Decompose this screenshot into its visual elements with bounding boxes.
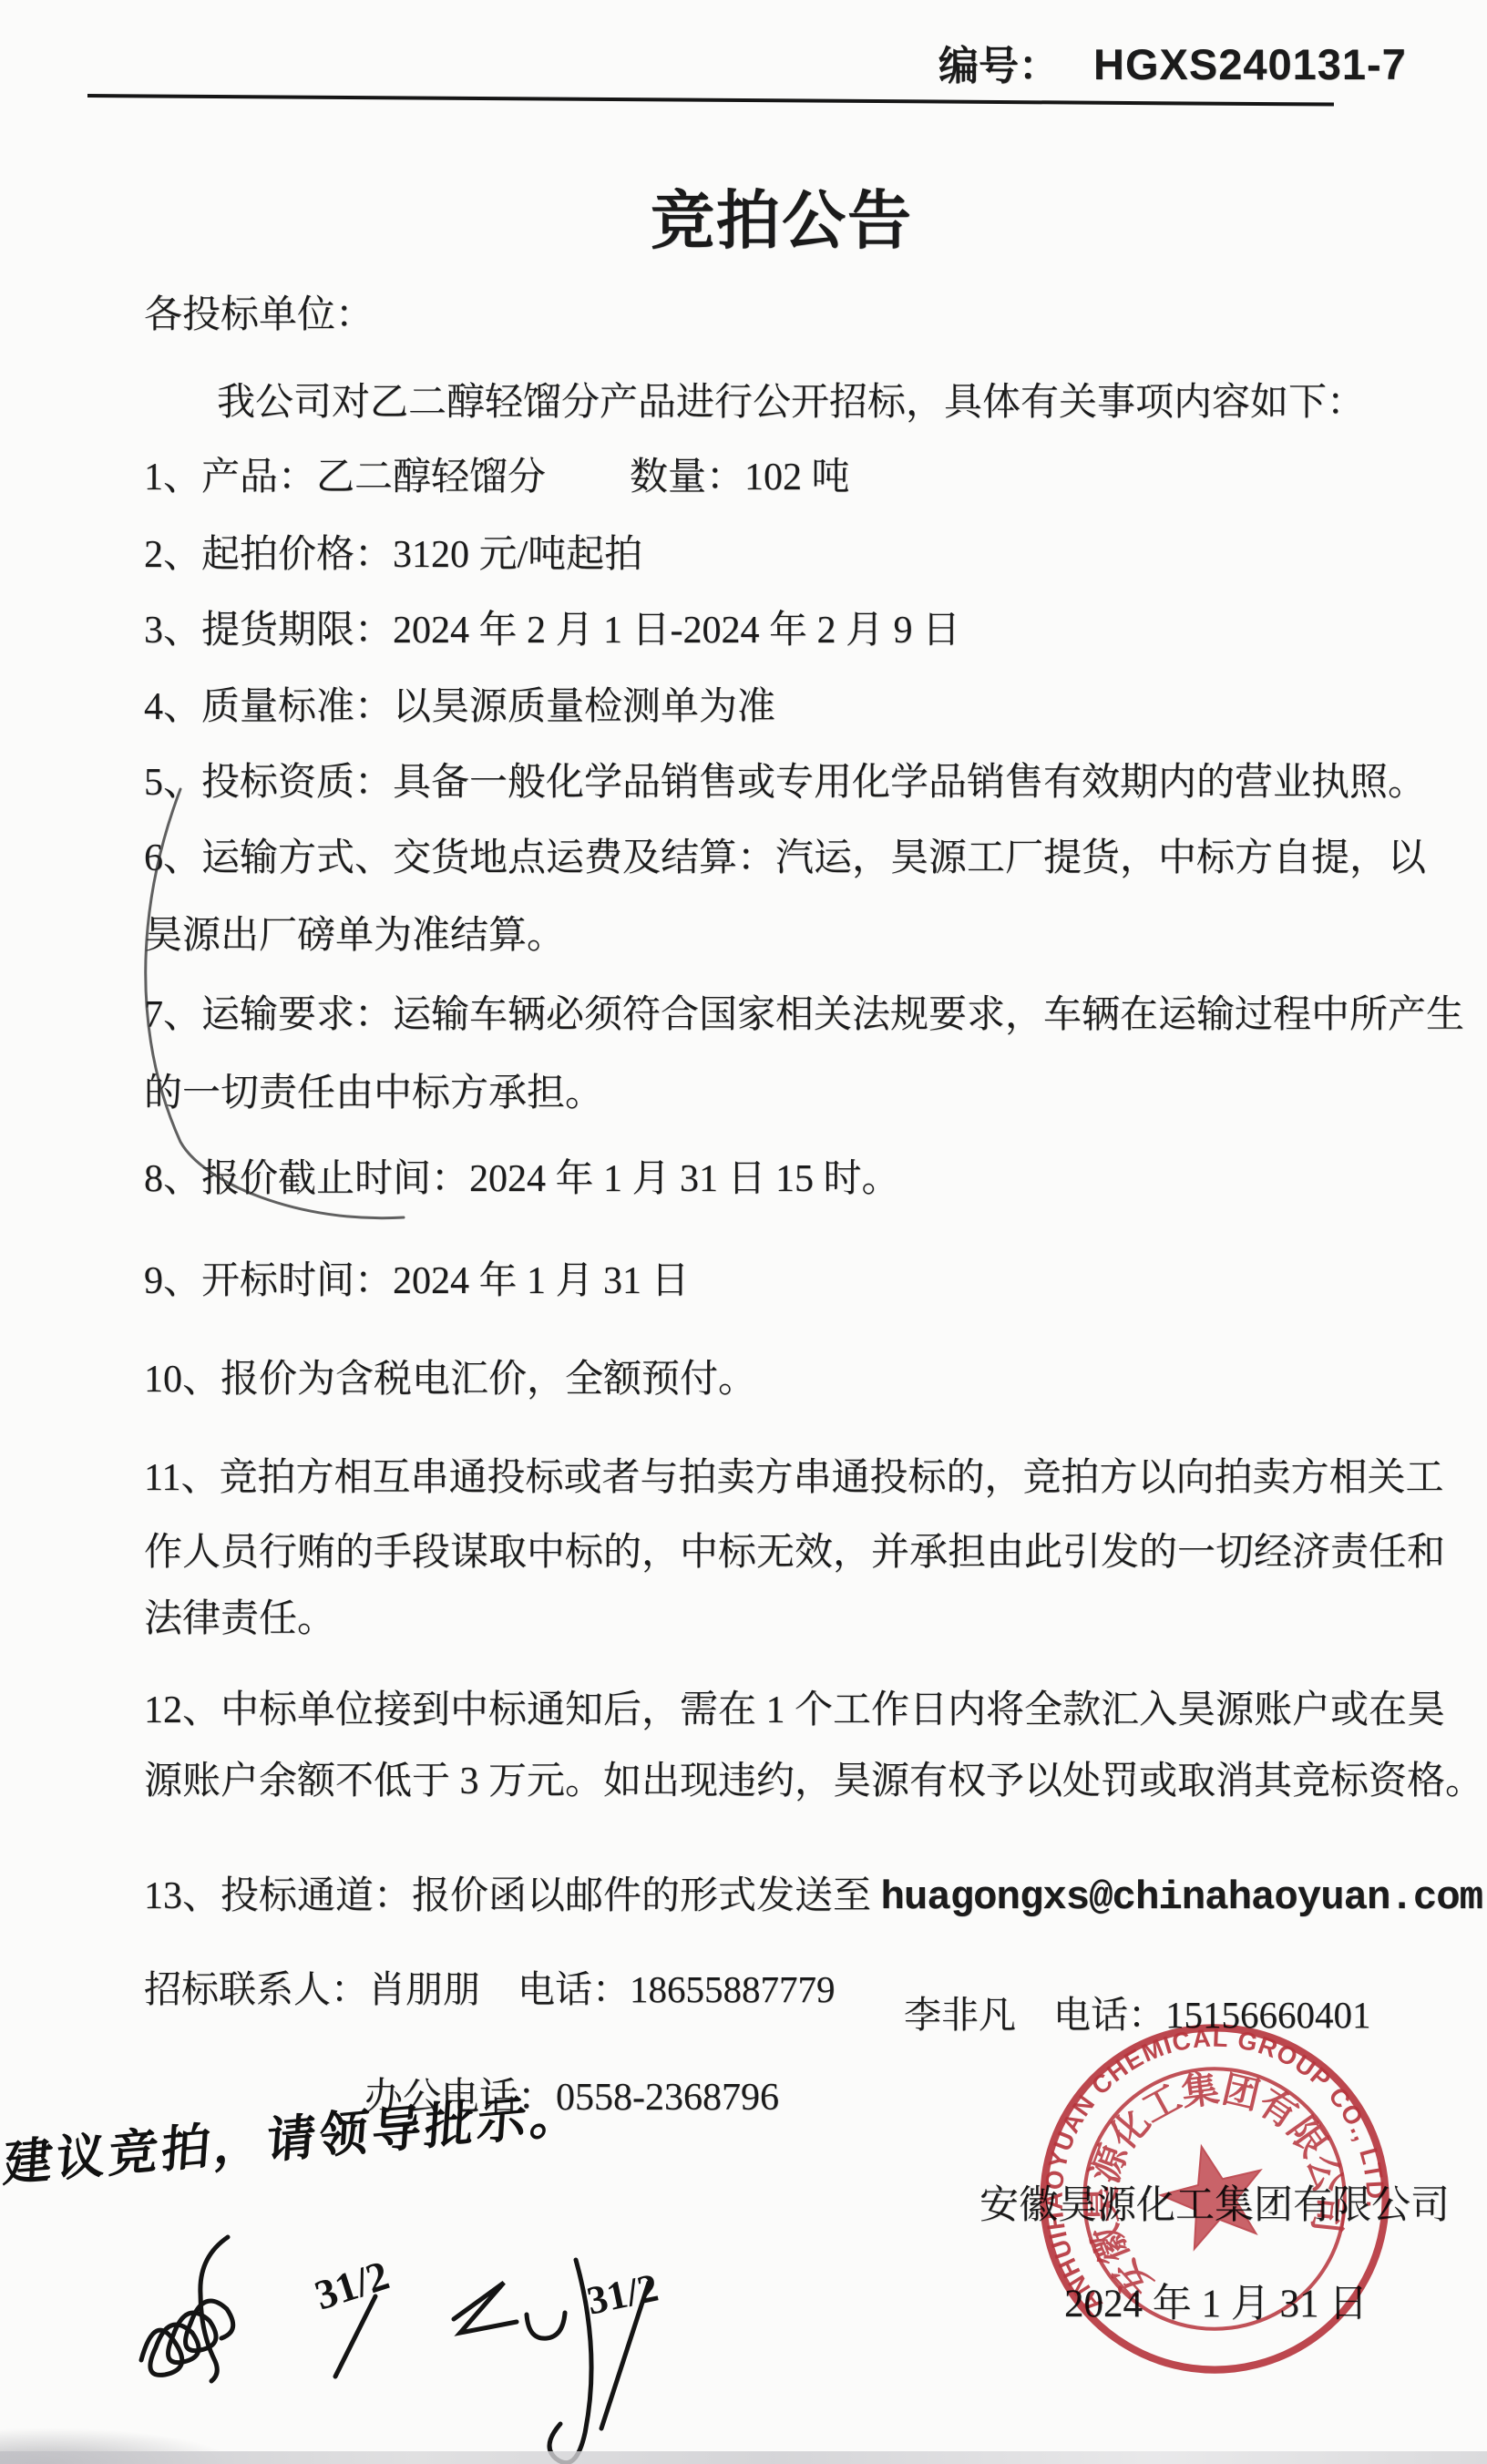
signature-2-u-stroke xyxy=(527,2313,565,2338)
item-9-opening-time: 9、开标时间：2024 年 1 月 31 日 xyxy=(144,1259,690,1303)
item-13-text: 13、投标通道：报价函以邮件的形式发送至 xyxy=(144,1875,881,1917)
seal-star-icon xyxy=(1152,2134,1275,2254)
item-1-quantity: 数量：102 吨 xyxy=(630,457,850,498)
item-1-product: 1、产品：乙二醇轻馏分数量：102 吨 xyxy=(144,456,850,499)
signature-2-date: 31/2 xyxy=(583,2265,662,2324)
handwritten-signatures: 31/2 31/2 xyxy=(0,2187,747,2464)
item-11-collusion-line-3: 法律责任。 xyxy=(144,1597,335,1641)
item-11-collusion-line-2: 作人员行贿的手段谋取中标的，中标无效，并承担由此引发的一切经济责任和 xyxy=(144,1531,1445,1575)
item-12-payment-line-2: 源账户余额不低于 3 万元。如出现违约，昊源有权予以处罚或取消其竞标资格。 xyxy=(144,1760,1483,1803)
pen-stroke-mark xyxy=(117,773,426,1237)
signature-1-date: 31/2 xyxy=(309,2252,395,2319)
contact-primary: 招标联系人：肖朋朋 电话：18655887779 xyxy=(144,1968,836,2011)
doc-number-value: HGXS240131-7 xyxy=(1093,40,1407,88)
intro-paragraph: 我公司对乙二醇轻馏分产品进行公开招标，具体有关事项内容如下： xyxy=(217,381,1365,425)
signature-2-z-stroke xyxy=(454,2283,517,2333)
salutation: 各投标单位： xyxy=(144,293,374,337)
item-10-price-terms: 10、报价为含税电汇价，全额预付。 xyxy=(144,1358,756,1401)
handwritten-note: 建议竞拍，请领导批示。 xyxy=(2,2085,585,2192)
bid-email-address: huagongxs@chinahaoyuan.com xyxy=(881,1875,1483,1921)
scanned-auction-announcement: 编号：HGXS240131-7 竞拍公告 各投标单位： 我公司对乙二醇轻馏分产品… xyxy=(0,0,1487,2464)
page-title: 竞拍公告 xyxy=(651,186,913,260)
company-seal-stamp: ANHUIHAOYUAN CHEMICAL GROUP CO., LTD. 安徽… xyxy=(1024,2008,1405,2389)
item-11-collusion-line-1: 11、竞拍方相互串通投标或者与拍卖方串通投标的，竞拍方以向拍卖方相关工 xyxy=(144,1456,1443,1500)
item-4-quality-standard: 4、质量标准：以昊源质量检测单为准 xyxy=(144,685,775,729)
doc-number-row: 编号：HGXS240131-7 xyxy=(938,40,1407,90)
header-rule xyxy=(87,94,1334,107)
item-3-pickup-period: 3、提货期限：2024 年 2 月 1 日-2024 年 2 月 9 日 xyxy=(144,609,960,652)
scan-edge-band xyxy=(0,2451,1487,2464)
item-1-text: 1、产品：乙二醇轻馏分 xyxy=(144,457,546,498)
item-13-bid-channel: 13、投标通道：报价函以邮件的形式发送至 huagongxs@chinahaoy… xyxy=(144,1874,1482,1922)
doc-number-label: 编号： xyxy=(938,44,1059,88)
item-2-start-price: 2、起拍价格：3120 元/吨起拍 xyxy=(144,533,642,577)
signature-1-loops xyxy=(141,2301,233,2375)
item-12-payment-line-1: 12、中标单位接到中标通知后，需在 1 个工作日内将全款汇入昊源账户或在昊 xyxy=(144,1689,1445,1732)
